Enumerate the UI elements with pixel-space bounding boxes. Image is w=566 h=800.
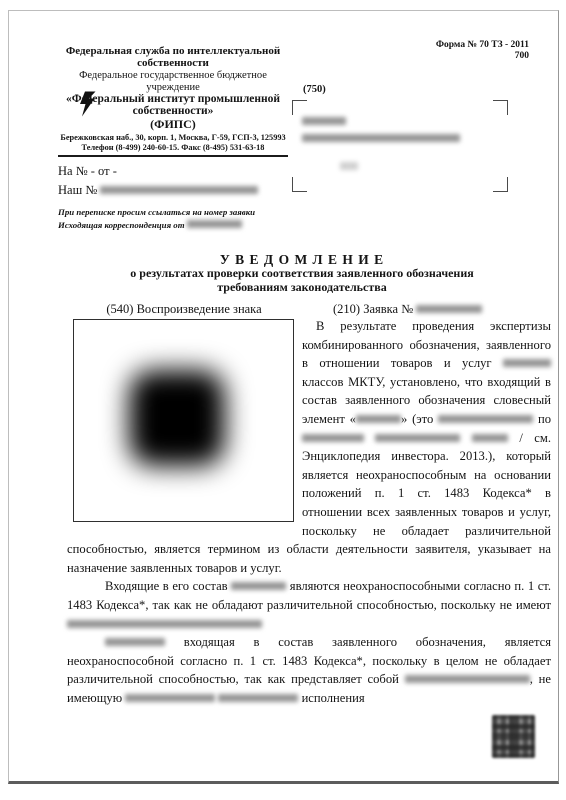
redacted-text <box>340 162 358 170</box>
recipient-address-window <box>292 100 508 192</box>
letterhead: Федеральная служба по интеллектуальной с… <box>58 46 288 231</box>
redacted-text <box>438 415 533 423</box>
application-number-label: (210) Заявка № <box>333 302 413 316</box>
trademark-image-box <box>73 319 294 522</box>
redacted-text <box>187 220 242 228</box>
institute-name: «Федеральный институт промышленной собст… <box>58 94 288 117</box>
form-number: Форма № 70 ТЗ - 2011 <box>436 40 529 51</box>
redacted-text <box>100 186 258 194</box>
corner-bracket <box>493 177 508 192</box>
institute-phone-fax: Телефон (8-499) 240-60-15. Факс (8-495) … <box>58 143 288 153</box>
application-number-value <box>416 302 482 316</box>
recipient-code-750: (750) <box>303 84 326 95</box>
form-number-block: Форма № 70 ТЗ - 2011 700 <box>436 40 529 61</box>
letterhead-divider <box>58 155 288 157</box>
ref-our-number-value <box>100 183 258 197</box>
notification-title-block: У В Е Д О М Л Е Н И Е о результатах пров… <box>67 252 537 294</box>
redacted-text <box>302 134 460 142</box>
org-type: Федеральное государственное бюджетное уч… <box>58 70 288 93</box>
redacted-text <box>231 582 286 590</box>
ref-our-number-label: Наш № <box>58 183 97 197</box>
redacted-text <box>67 620 262 628</box>
form-code: 700 <box>436 51 529 62</box>
institute-address: Бережковская наб., 30, корп. 1, Москва, … <box>58 133 288 143</box>
redacted-text <box>472 434 508 442</box>
note-reference: При переписке просим ссылаться на номер … <box>58 206 288 219</box>
redacted-text <box>105 638 165 646</box>
redacted-text <box>302 117 346 125</box>
redacted-text <box>125 694 215 702</box>
note-outgoing: Исходящая корреспонденция от <box>58 219 288 232</box>
redacted-text <box>503 359 551 367</box>
redacted-text <box>405 675 530 683</box>
reference-block: На № - от - Наш № <box>58 164 288 197</box>
notification-title: У В Е Д О М Л Е Н И Е <box>67 252 537 267</box>
application-number: (210) Заявка № <box>333 302 482 317</box>
redacted-text <box>356 415 401 423</box>
ref-our-number: Наш № <box>58 183 288 197</box>
body-paragraph: входящая в состав заявленного обозначени… <box>67 633 551 707</box>
note-outgoing-value <box>187 220 242 230</box>
institute-abbr: (ФИПС) <box>58 118 288 131</box>
body-paragraph: Входящие в его состав являются неохранос… <box>67 577 551 633</box>
qr-code <box>492 715 535 758</box>
redacted-text <box>302 434 364 442</box>
labels-row: (540) Воспроизведение знака (210) Заявка… <box>67 302 551 317</box>
redacted-address-line <box>340 157 358 175</box>
corner-bracket <box>493 100 508 115</box>
ref-incoming-number: На № - от - <box>58 164 288 178</box>
corner-bracket <box>292 177 307 192</box>
correspondence-notes: При переписке просим ссылаться на номер … <box>58 206 288 231</box>
notification-subtitle-line1: о результатах проверки соответствия заяв… <box>67 267 537 281</box>
redacted-text <box>218 694 298 702</box>
mark-reproduction-label: (540) Воспроизведение знака <box>67 302 301 317</box>
redacted-address-line <box>302 129 460 147</box>
body-text: В результате проведения экспертизы комби… <box>67 317 551 707</box>
redacted-text <box>416 305 482 313</box>
redacted-address-line <box>302 112 346 130</box>
notification-subtitle-line2: требованиям законодательства <box>67 281 537 295</box>
trademark-image-blurred <box>129 370 225 466</box>
org-service-name: Федеральная служба по интеллектуальной с… <box>58 46 288 69</box>
document-page: Форма № 70 ТЗ - 2011 700 Федеральная слу… <box>0 0 566 800</box>
note-outgoing-label: Исходящая корреспонденция от <box>58 220 185 230</box>
redacted-text <box>375 434 460 442</box>
